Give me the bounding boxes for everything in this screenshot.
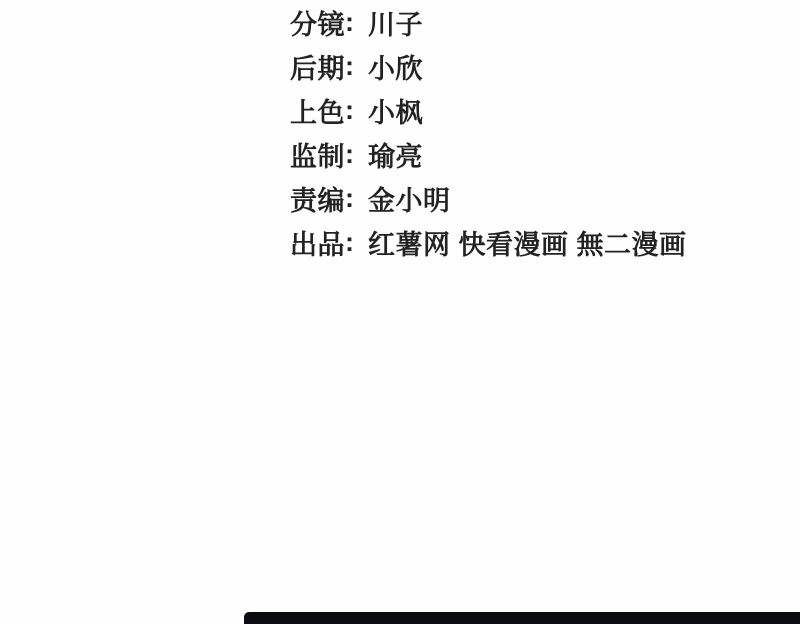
credit-row-storyboard: 分镜 : 川子 — [290, 0, 687, 44]
next-comic-panel-top-edge — [244, 612, 800, 624]
credit-separator: : — [345, 7, 368, 38]
credit-separator: : — [345, 227, 368, 258]
credit-role: 监制 — [290, 135, 345, 174]
credit-name: 小欣 — [368, 47, 423, 86]
credit-name: 红薯网 快看漫画 無二漫画 — [368, 223, 687, 262]
credit-row-postproduction: 后期 : 小欣 — [290, 44, 687, 88]
credit-separator: : — [345, 51, 368, 82]
credit-separator: : — [345, 95, 368, 126]
credit-role: 上色 — [290, 91, 345, 130]
credit-role: 出品 — [290, 223, 345, 262]
credit-name: 金小明 — [368, 179, 451, 218]
credits-block: 分镜 : 川子 后期 : 小欣 上色 : 小枫 监制 : 瑜亮 责编 : 金小明… — [290, 0, 687, 264]
credit-name: 川子 — [368, 3, 423, 42]
credit-name: 小枫 — [368, 91, 423, 130]
credit-separator: : — [345, 139, 368, 170]
credit-role: 分镜 — [290, 3, 345, 42]
credit-row-editor: 责编 : 金小明 — [290, 176, 687, 220]
credit-role: 责编 — [290, 179, 345, 218]
credit-row-supervisor: 监制 : 瑜亮 — [290, 132, 687, 176]
credit-row-coloring: 上色 : 小枫 — [290, 88, 687, 132]
credit-name: 瑜亮 — [368, 135, 423, 174]
credit-role: 后期 — [290, 47, 345, 86]
credit-separator: : — [345, 183, 368, 214]
credit-row-producer: 出品 : 红薯网 快看漫画 無二漫画 — [290, 220, 687, 264]
